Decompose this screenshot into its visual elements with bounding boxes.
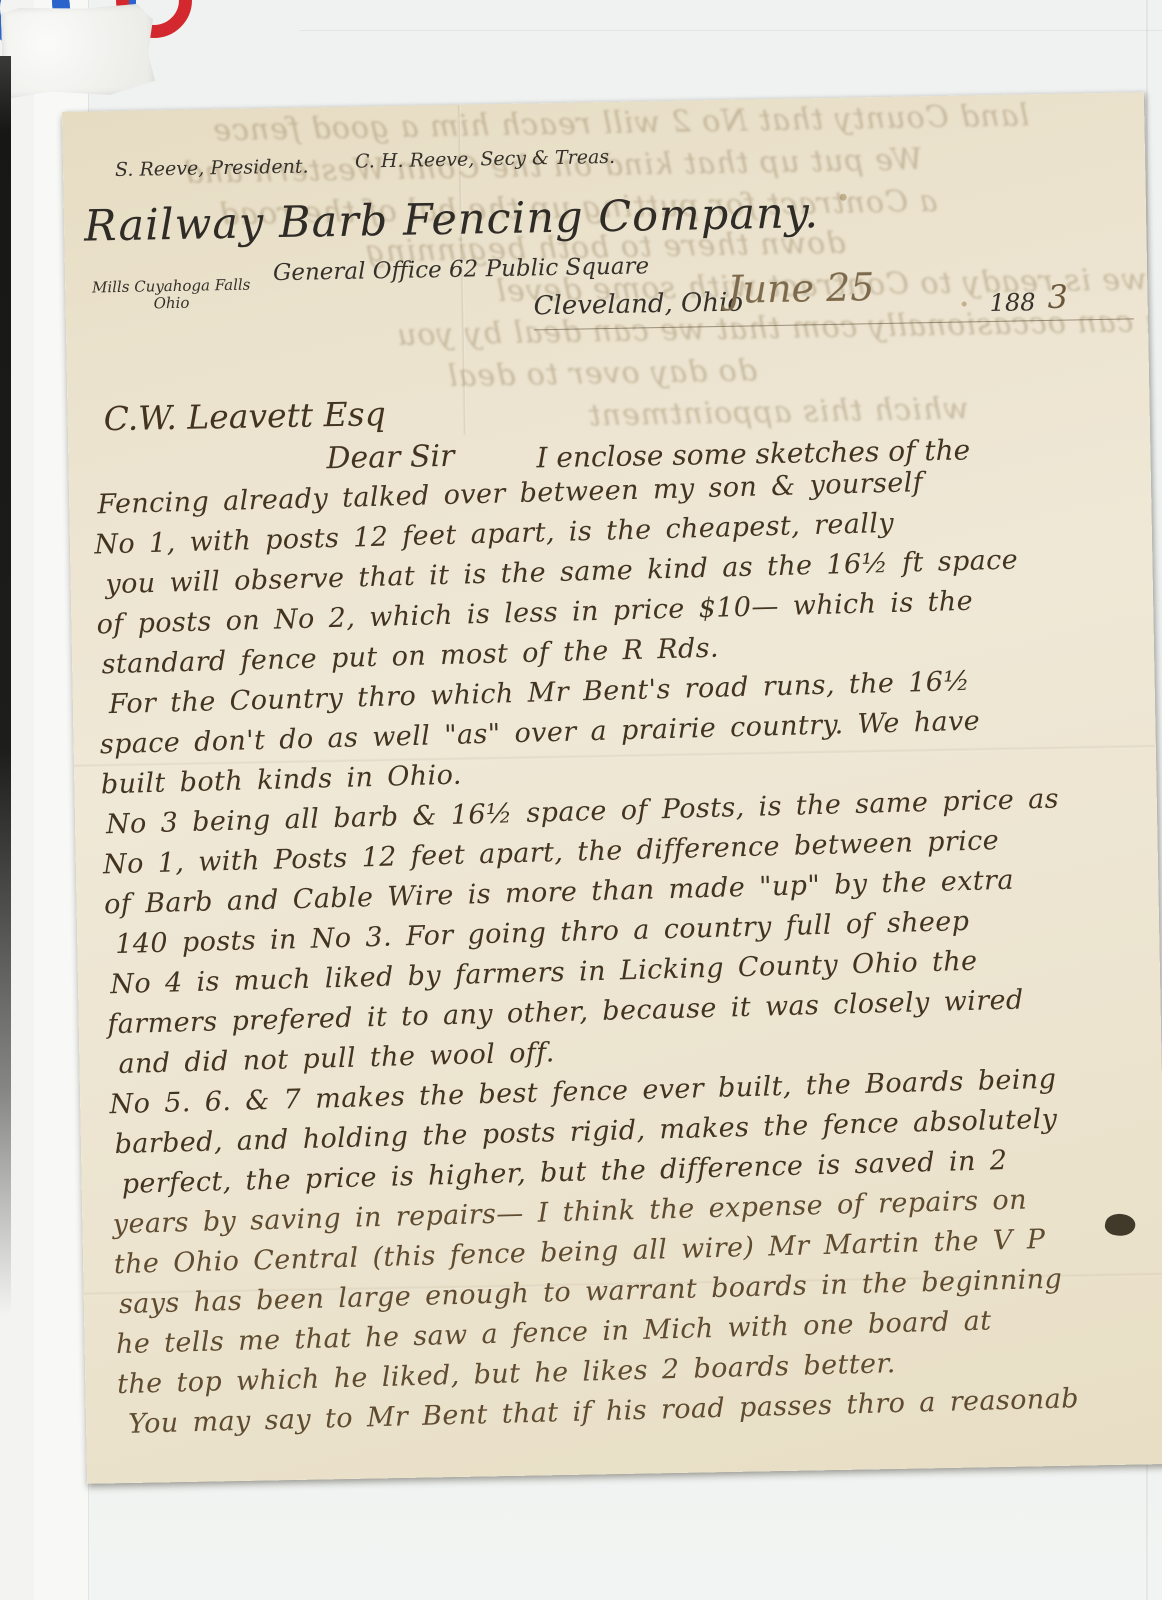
- bleedthrough-line: land County that No 2 will reach him a g…: [212, 98, 1029, 148]
- dateline-place: Cleveland, Ohio: [533, 288, 743, 322]
- letter-paper: land County that No 2 will reach him a g…: [62, 92, 1162, 1484]
- torn-tape-residue: [0, 3, 155, 98]
- dateline-year-digit: 3: [1047, 278, 1068, 316]
- dateline-year-printed: 188: [989, 288, 1035, 317]
- bleedthrough-line: do day over to deal: [447, 353, 758, 394]
- letter-greeting: Dear Sir: [326, 439, 455, 476]
- letter-salutation: C.W. Leavett Esq: [103, 394, 386, 438]
- scanned-letter-canvas: land County that No 2 will reach him a g…: [0, 0, 1162, 1600]
- scan-edge-shadow: [0, 56, 11, 1316]
- bleedthrough-line: which this appointment: [587, 391, 969, 433]
- letterhead-mills-location: Mills Cuyahoga Falls Ohio: [91, 277, 252, 314]
- letterhead-officer-president: S. Reeve, President.: [115, 155, 309, 181]
- foxing-speck: [962, 301, 967, 306]
- dateline-handwritten-date: June 25: [727, 265, 875, 312]
- backing-top-edge-line: [300, 30, 1162, 31]
- letter-body: Fencing already talked over between my s…: [93, 461, 1162, 1449]
